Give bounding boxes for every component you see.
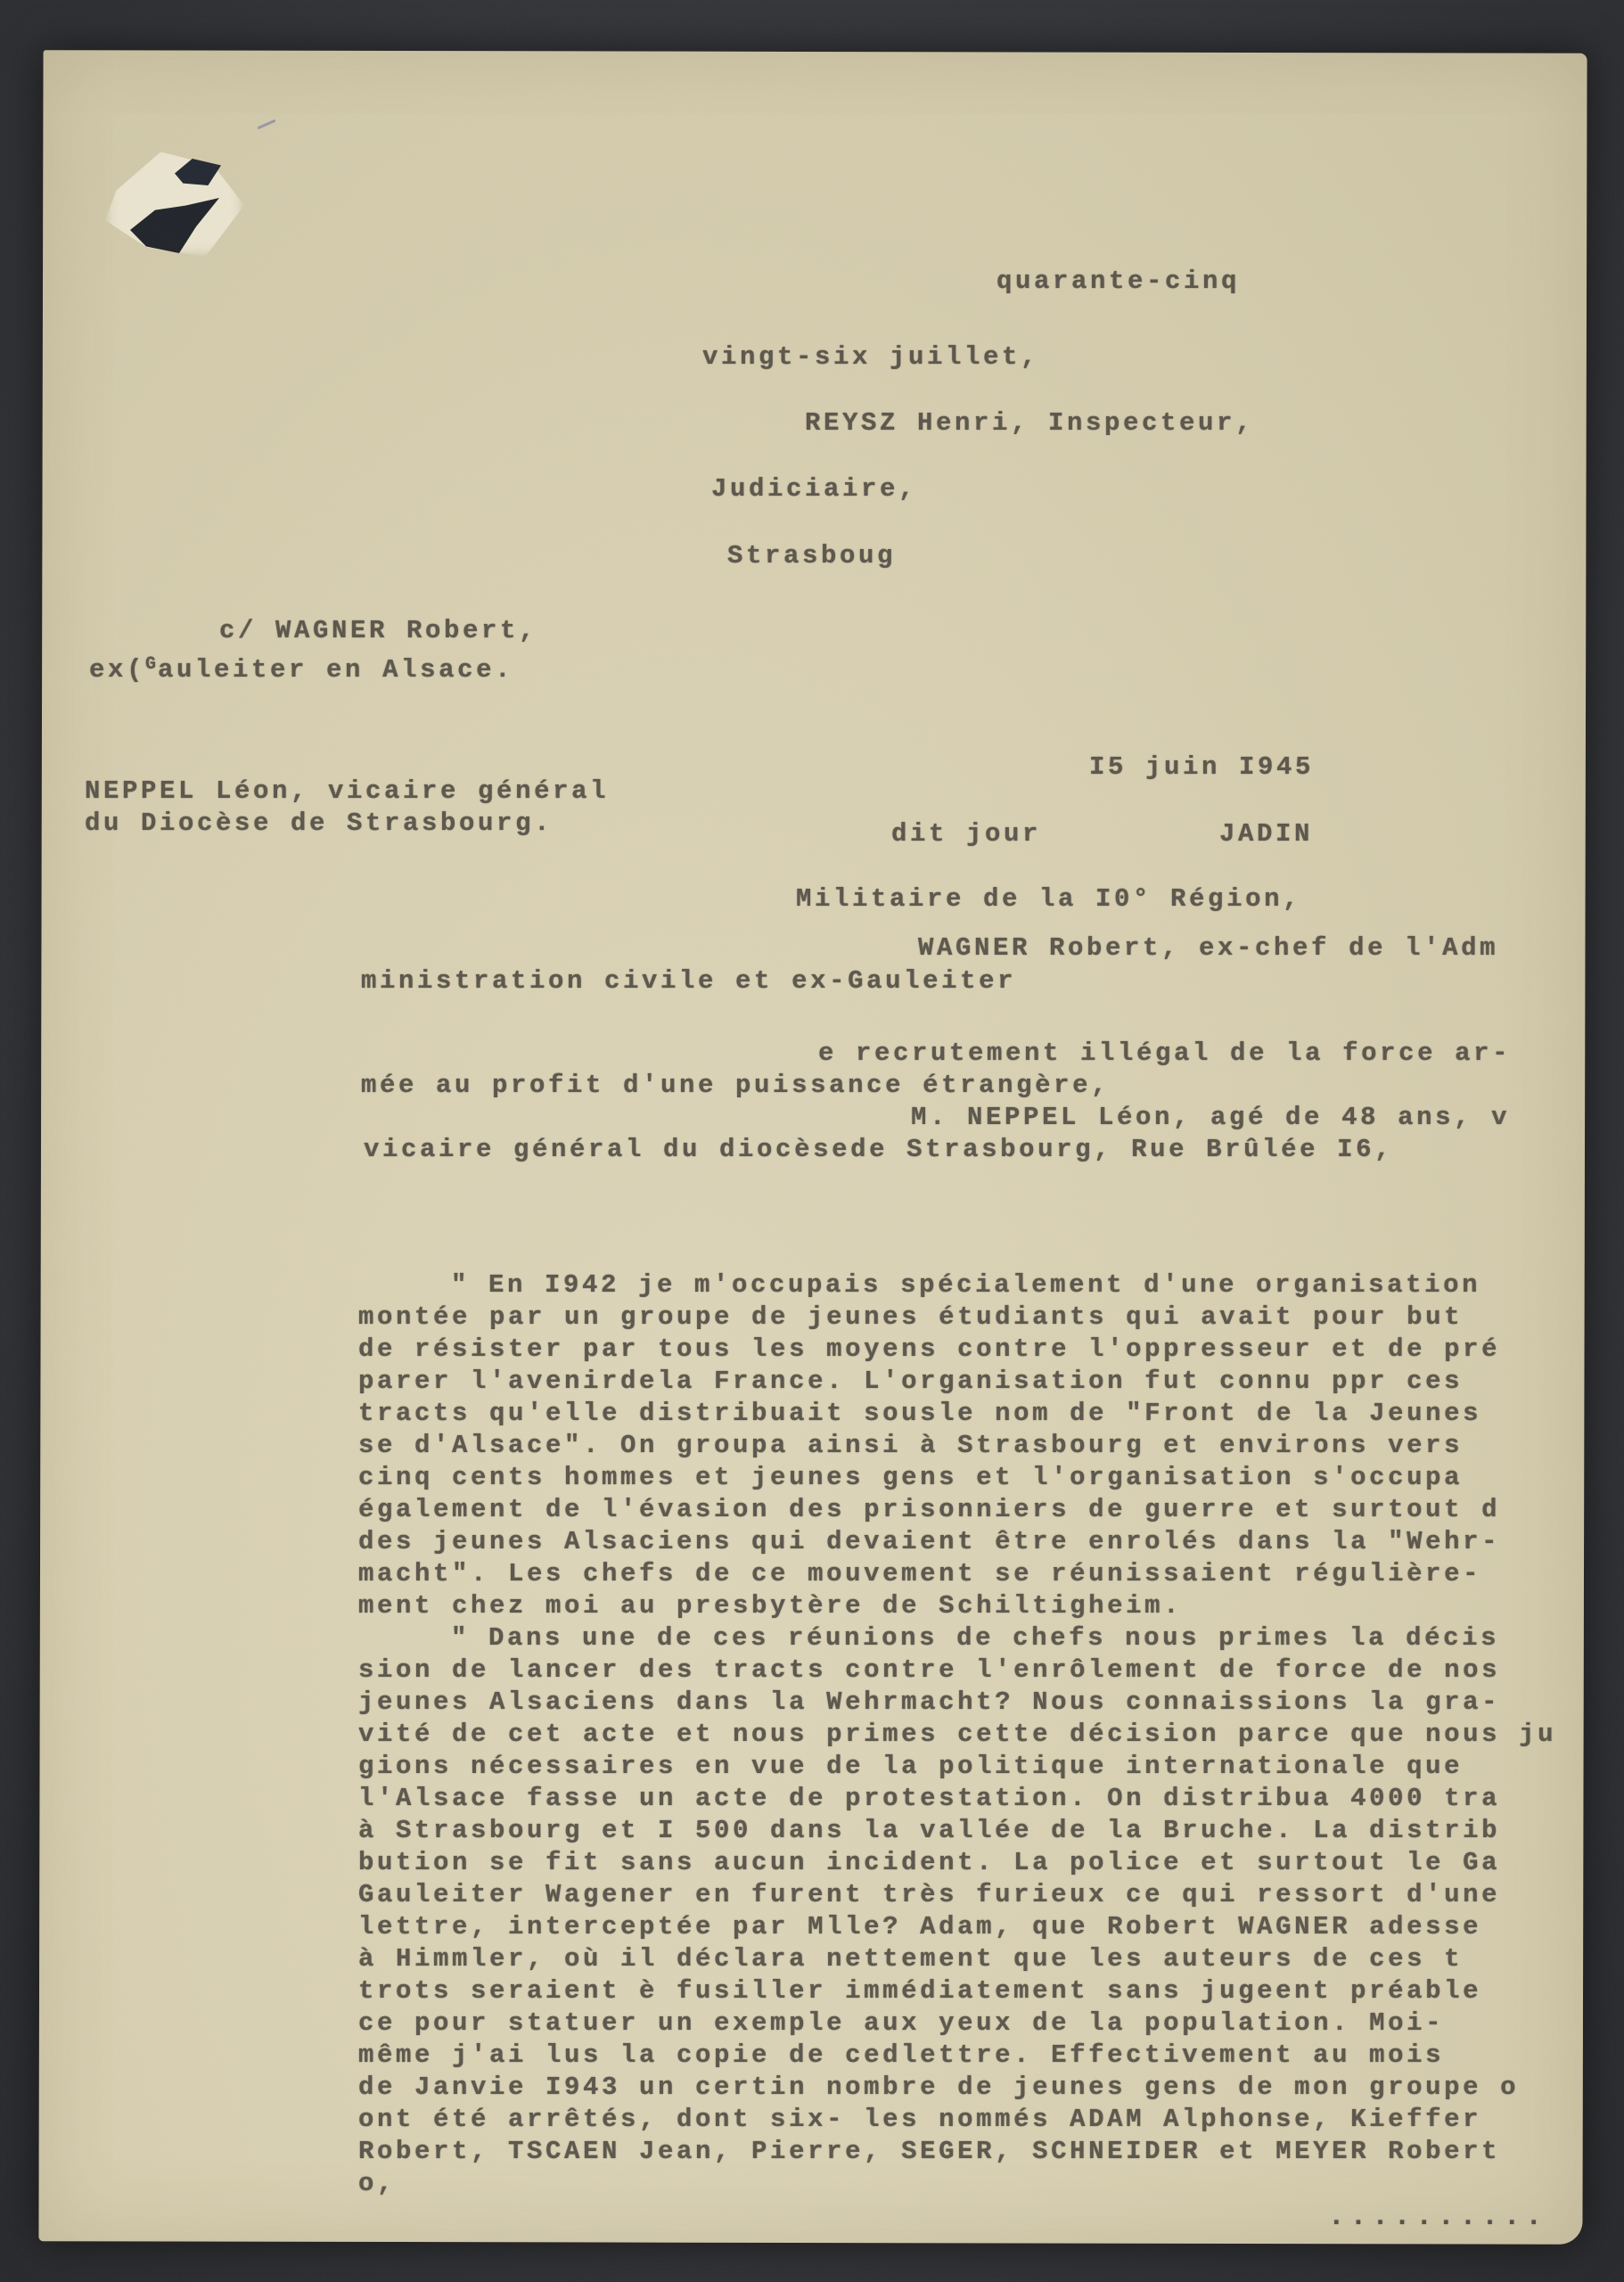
- body-line: l'Alsace fasse un acte de protestation. …: [358, 1783, 1606, 1815]
- body-line: macht". Les chefs de ce mouvement se réu…: [358, 1558, 1606, 1590]
- case-ref-line2-prefix: ex(: [89, 655, 145, 685]
- body-line: de résister par tous les moyens contre l…: [358, 1334, 1606, 1366]
- body-line: même j'ai lus la copie de cedlettre. Eff…: [358, 2040, 1606, 2072]
- body-line: trots seraient è fusiller immédiatement …: [358, 1975, 1606, 2007]
- deposition-body: " En I942 je m'occupais spécialement d'u…: [358, 1269, 1606, 2200]
- body-line: des jeunes Alsaciens qui devaient être e…: [358, 1526, 1606, 1558]
- body-line: cinq cents hommes et jeunes gens et l'or…: [358, 1462, 1606, 1494]
- clerk-name: JADIN: [1219, 818, 1313, 850]
- charges-line4: mée au profit d'une puissance étrangère,: [361, 1070, 1110, 1102]
- witness-line1: NEPPEL Léon, vicaire général: [85, 776, 609, 808]
- case-ref-line1: c/ WAGNER Robert,: [219, 615, 537, 647]
- header-date-line: vingt-six juillet,: [702, 341, 1039, 373]
- charges-line2: ministration civile et ex-Gauleiter: [361, 965, 1016, 997]
- witness-line2: du Diocèse de Strasbourg.: [85, 808, 553, 840]
- body-line: " Dans une de ces réunions de chefs nous…: [358, 1622, 1606, 1654]
- body-line: bution se fit sans aucun incident. La po…: [358, 1847, 1606, 1879]
- body-line: tracts qu'elle distribuait sousle nom de…: [358, 1398, 1606, 1430]
- header-city-line: Strasboug: [727, 540, 896, 572]
- charges-line6: vicaire général du diocèsede Strasbourg,…: [364, 1134, 1393, 1166]
- page-number-words: quarante-cinq: [997, 266, 1240, 298]
- body-line: ment chez moi au presbytère de Schiltigh…: [358, 1590, 1606, 1622]
- body-line: ce pour statuer un exemple aux yeux de l…: [358, 2007, 1606, 2040]
- body-line: à Himmler, où il déclara nettement que l…: [358, 1943, 1606, 1975]
- deposition-date: I5 juin I945: [1089, 751, 1314, 784]
- case-ref-line2: ex(Gauleiter en Alsace.: [89, 649, 513, 686]
- body-line: ont été arrêtés, dont six- les nommés AD…: [358, 2104, 1606, 2136]
- charges-line1: WAGNER Robert, ex-chef de l'Adm: [918, 932, 1498, 965]
- military-region-line: Militaire de la I0° Région,: [796, 883, 1301, 915]
- charges-line5: M. NEPPEL Léon, agé de 48 ans, v: [911, 1102, 1510, 1134]
- body-line: se d'Alsace". On groupa ainsi à Strasbou…: [358, 1430, 1606, 1462]
- body-line: également de l'évasion des prisonniers d…: [358, 1494, 1606, 1526]
- photographed-document-scan: quarante-cinq vingt-six juillet, REYSZ H…: [0, 0, 1624, 2282]
- dit-jour-label: dit jour: [891, 818, 1041, 850]
- continuation-dots: ..........: [1328, 2202, 1547, 2234]
- body-line: de Janvie I943 un certin nombre de jeune…: [358, 2072, 1606, 2104]
- body-line: sion de lancer des tracts contre l'enrôl…: [358, 1654, 1606, 1687]
- charges-line3: e recrutement illégal de la force ar-: [818, 1038, 1511, 1070]
- body-line: Gauleiter Wagener en furent très furieux…: [358, 1879, 1606, 1911]
- body-line: parer l'avenirdela France. L'organisatio…: [358, 1366, 1606, 1398]
- body-line: " En I942 je m'occupais spécialement d'u…: [358, 1269, 1606, 1301]
- body-line: jeunes Alsaciens dans la Wehrmacht? Nous…: [358, 1687, 1606, 1719]
- body-line: à Strasbourg et I 500 dans la vallée de …: [358, 1815, 1606, 1847]
- case-ref-line2-rest: auleiter en Alsace.: [158, 655, 513, 685]
- body-line: o,: [358, 2168, 1606, 2200]
- header-service-line: Judiciaire,: [711, 473, 917, 505]
- body-line: montée par un groupe de jeunes étudiants…: [358, 1301, 1606, 1334]
- header-officer-line: REYSZ Henri, Inspecteur,: [805, 407, 1254, 439]
- body-line: Robert, TSCAEN Jean, Pierre, SEGER, SCHN…: [358, 2136, 1606, 2168]
- body-line: lettre, interceptée par Mlle? Adam, que …: [358, 1911, 1606, 1943]
- body-line: vité de cet acte et nous primes cette dé…: [358, 1719, 1606, 1751]
- body-line: gions nécessaires en vue de la politique…: [358, 1751, 1606, 1783]
- case-ref-superscript-g: G: [145, 654, 158, 675]
